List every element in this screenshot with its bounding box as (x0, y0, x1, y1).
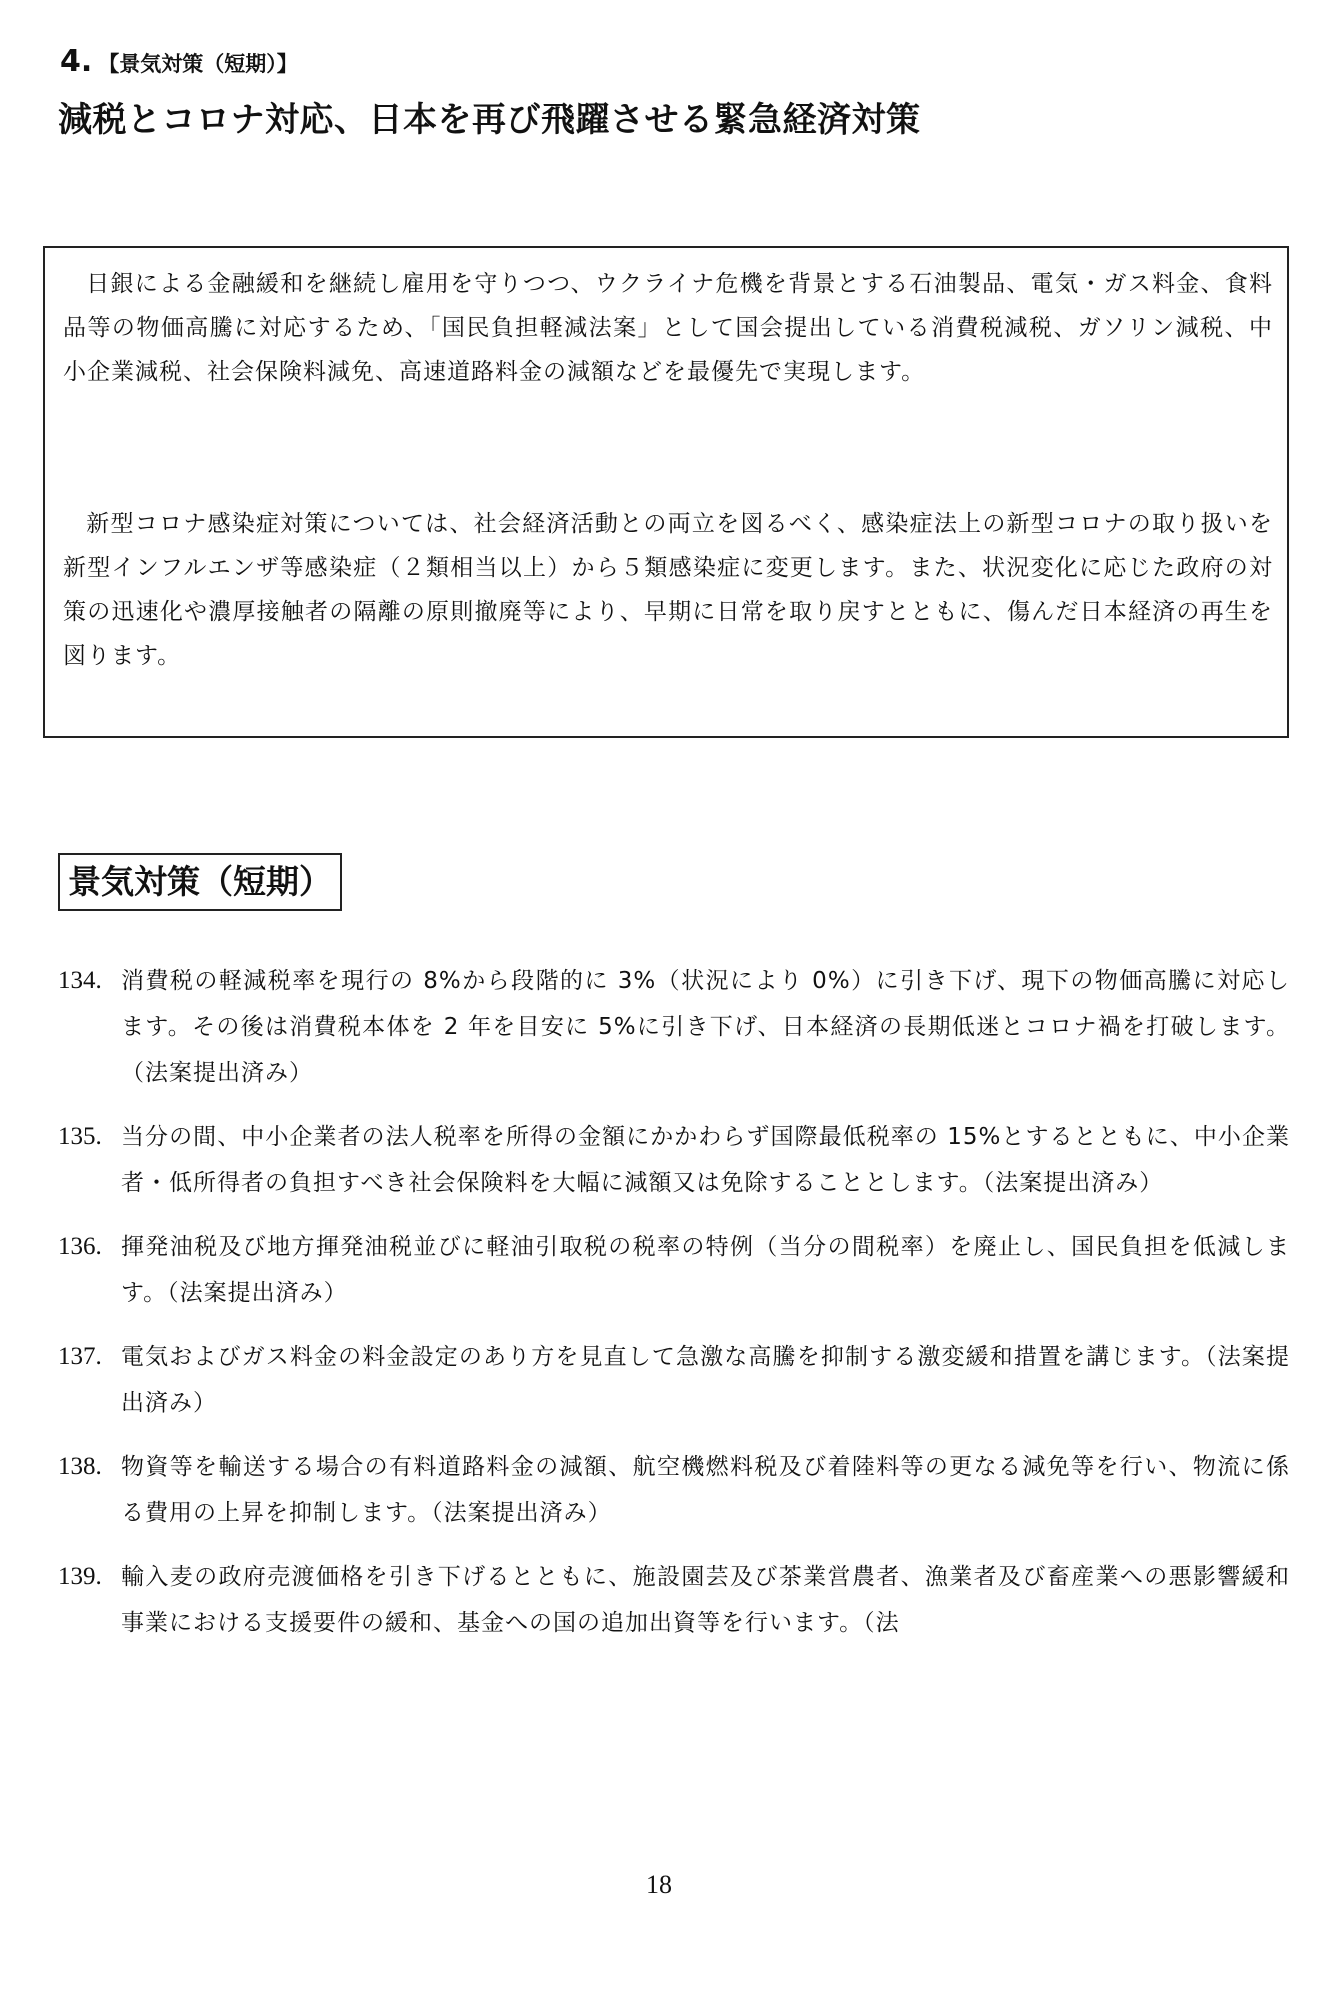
summary-paragraph-text: 日銀による金融緩和を継続し雇用を守りつつ、ウクライナ危機を背景とする石油製品、電… (63, 271, 1273, 385)
summary-paragraph: 新型コロナ感染症対策については、社会経済活動との両立を図るべく、感染症法上の新型… (63, 502, 1273, 678)
item-text: 消費税の軽減税率を現行の 8%から段階的に 3%（状況により 0%）に引き下げ、… (121, 958, 1290, 1096)
list-item: 138. 物資等を輸送する場合の有料道路料金の減額、航空機燃料税及び着陸料等の更… (58, 1444, 1290, 1536)
item-text: 輸入麦の政府売渡価格を引き下げるとともに、施設園芸及び茶業営農者、漁業者及び畜産… (121, 1554, 1290, 1646)
subsection-title: 景気対策（短期） (58, 853, 342, 911)
item-text: 揮発油税及び地方揮発油税並びに軽油引取税の税率の特例（当分の間税率）を廃止し、国… (121, 1224, 1290, 1316)
item-text: 当分の間、中小企業者の法人税率を所得の金額にかかわらず国際最低税率の 15%とす… (121, 1114, 1290, 1206)
list-item: 137. 電気およびガス料金の料金設定のあり方を見直して急激な高騰を抑制する激変… (58, 1334, 1290, 1426)
item-text: 物資等を輸送する場合の有料道路料金の減額、航空機燃料税及び着陸料等の更なる減免等… (121, 1444, 1290, 1536)
item-number: 136. (58, 1224, 102, 1270)
list-item: 135. 当分の間、中小企業者の法人税率を所得の金額にかかわらず国際最低税率の … (58, 1114, 1290, 1206)
list-item: 134. 消費税の軽減税率を現行の 8%から段階的に 3%（状況により 0%）に… (58, 958, 1290, 1096)
list-item: 139. 輸入麦の政府売渡価格を引き下げるとともに、施設園芸及び茶業営農者、漁業… (58, 1554, 1290, 1646)
summary-box: 日銀による金融緩和を継続し雇用を守りつつ、ウクライナ危機を背景とする石油製品、電… (43, 246, 1289, 738)
list-item: 136. 揮発油税及び地方揮発油税並びに軽油引取税の税率の特例（当分の間税率）を… (58, 1224, 1290, 1316)
summary-paragraph-text: 新型コロナ感染症対策については、社会経済活動との両立を図るべく、感染症法上の新型… (63, 511, 1273, 669)
section-heading: 4.【景気対策（短期）】 (60, 42, 298, 84)
policy-list: 134. 消費税の軽減税率を現行の 8%から段階的に 3%（状況により 0%）に… (58, 958, 1290, 1664)
item-text: 電気およびガス料金の料金設定のあり方を見直して急激な高騰を抑制する激変緩和措置を… (121, 1334, 1290, 1426)
section-number: 4. (60, 44, 92, 79)
page-number: 18 (0, 1870, 1318, 1900)
page-title: 減税とコロナ対応、日本を再び飛躍させる緊急経済対策 (58, 96, 921, 144)
summary-paragraph: 日銀による金融緩和を継続し雇用を守りつつ、ウクライナ危機を背景とする石油製品、電… (63, 262, 1273, 394)
item-number: 137. (58, 1334, 102, 1380)
item-number: 138. (58, 1444, 102, 1490)
item-number: 135. (58, 1114, 102, 1160)
item-number: 134. (58, 958, 102, 1004)
item-number: 139. (58, 1554, 102, 1600)
section-tag: 【景気対策（短期）】 (98, 52, 298, 76)
